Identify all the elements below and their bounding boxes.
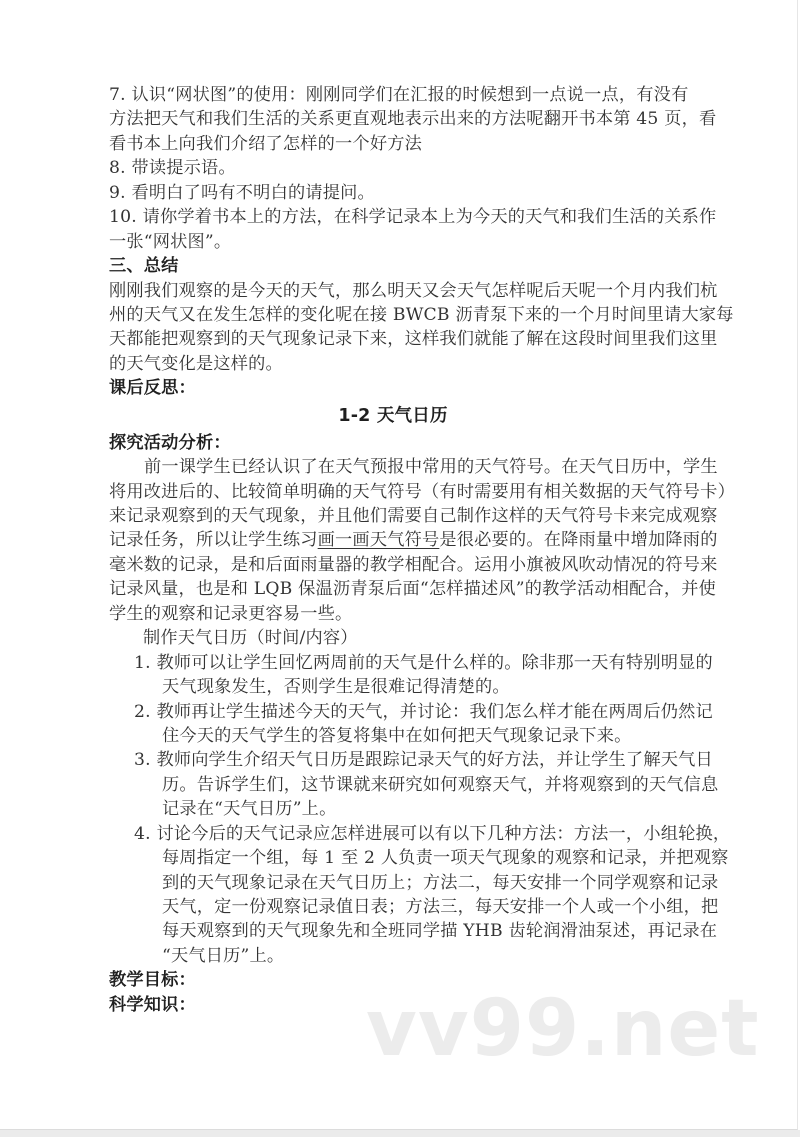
reflection-label: 课后反思： — [109, 376, 677, 400]
page-bottom-edge — [0, 1130, 800, 1137]
document-page: 7. 认识“网状图”的使用：刚刚同学们在汇报的时候想到一点说一点，有没有 方法把… — [0, 0, 798, 1130]
analysis-line-3: 来记录观察到的天气现象，并且他们需要自己制作这样的天气符号卡来完成观察 — [109, 504, 677, 528]
step-10-line-1: 10. 请你学着书本上的方法，在科学记录本上为今天的天气和我们生活的关系作 — [109, 205, 677, 229]
step-7-line-1: 7. 认识“网状图”的使用：刚刚同学们在汇报的时候想到一点说一点，有没有 — [109, 83, 677, 107]
activity-item-4-line-5: 每天观察到的天气现象先和全班同学描 YHB 齿轮润滑油泵述，再记录在 — [109, 919, 677, 943]
activity-item-4-line-2: 每周指定一个组，每 1 至 2 人负责一项天气现象的观察和记录，并把观察 — [109, 846, 677, 870]
knowledge-heading: 科学知识： — [109, 993, 677, 1017]
activity-item-3-line-2: 历。告诉学生们，这节课就来研究如何观察天气，并将观察到的天气信息 — [109, 773, 677, 797]
summary-line-1: 刚刚我们观察的是今天的天气，那么明天又会天气怎样呢后天呢一个月内我们杭 — [109, 279, 677, 303]
document-content: 7. 认识“网状图”的使用：刚刚同学们在汇报的时候想到一点说一点，有没有 方法把… — [109, 83, 677, 1017]
activity-item-2-line-2: 住今天的天气学生的答复将集中在如何把天气现象记录下来。 — [109, 724, 677, 748]
activity-item-4-line-1: 4. 讨论今后的天气记录应怎样进展可以有以下几种方法：方法一，小组轮换， — [109, 822, 677, 846]
summary-line-2: 州的天气又在发生怎样的变化呢在接 BWCB 沥青泵下来的一个月时间里请大家每 — [109, 303, 677, 327]
analysis-line-4: 记录任务，所以让学生练习画一画天气符号是很必要的。在降雨量中增加降雨的 — [109, 528, 677, 552]
lesson-title: 1-2 天气日历 — [109, 401, 677, 431]
activity-item-3-line-3: 记录在“天气日历”上。 — [109, 797, 677, 821]
step-7-line-2: 方法把天气和我们生活的关系更直观地表示出来的方法呢翻开书本第 45 页，看 — [109, 107, 677, 131]
summary-line-3: 天都能把观察到的天气现象记录下来，这样我们就能了解在这段时间里我们这里 — [109, 327, 677, 351]
activity-title: 制作天气日历（时间/内容） — [109, 626, 677, 650]
activity-item-4-line-6: “天气日历”上。 — [109, 944, 677, 968]
step-9-line: 9. 看明白了吗有不明白的请提问。 — [109, 181, 677, 205]
activity-item-4-line-4: 天气，定一份观察记录值日表；方法三，每天安排一个人或一个小组，把 — [109, 895, 677, 919]
step-8-line: 8. 带读提示语。 — [109, 156, 677, 180]
analysis-line-4-start: 记录任务，所以让学生练习 — [109, 530, 318, 550]
goals-heading: 教学目标： — [109, 968, 677, 992]
analysis-line-4-end: 是很必要的。在降雨量中增加降雨的 — [439, 530, 717, 550]
analysis-line-5: 毫米数的记录，是和后面雨量器的教学相配合。运用小旗被风吹动情况的符号来 — [109, 553, 677, 577]
analysis-line-2: 将用改进后的、比较简单明确的天气符号（有时需要用有相关数据的天气符号卡） — [109, 480, 677, 504]
analysis-line-7: 学生的观察和记录更容易一些。 — [109, 602, 677, 626]
step-7-line-3: 看书本上向我们介绍了怎样的一个好方法 — [109, 132, 677, 156]
activity-item-2-line-1: 2. 教师再让学生描述今天的天气，并讨论：我们怎么样才能在两周后仍然记 — [109, 700, 677, 724]
analysis-heading: 探究活动分析： — [109, 431, 677, 455]
summary-line-4: 的天气变化是这样的。 — [109, 352, 677, 376]
step-10-line-2: 一张“网状图”。 — [109, 230, 677, 254]
activity-item-1-line-2: 天气现象发生，否则学生是很难记得清楚的。 — [109, 675, 677, 699]
activity-item-1-line-1: 1. 教师可以让学生回忆两周前的天气是什么样的。除非那一天有特别明显的 — [109, 651, 677, 675]
analysis-line-1: 前一课学生已经认识了在天气预报中常用的天气符号。在天气日历中，学生 — [109, 455, 677, 479]
summary-heading: 三、总结 — [109, 254, 677, 278]
activity-item-3-line-1: 3. 教师向学生介绍天气日历是跟踪记录天气的好方法，并让学生了解天气日 — [109, 748, 677, 772]
activity-item-4-line-3: 到的天气现象记录在天气日历上；方法二，每天安排一个同学观察和记录 — [109, 871, 677, 895]
underlined-phrase: 画一画天气符号 — [318, 530, 440, 550]
analysis-line-6: 记录风量，也是和 LQB 保温沥青泵后面“怎样描述风”的教学活动相配合，并使 — [109, 577, 677, 601]
